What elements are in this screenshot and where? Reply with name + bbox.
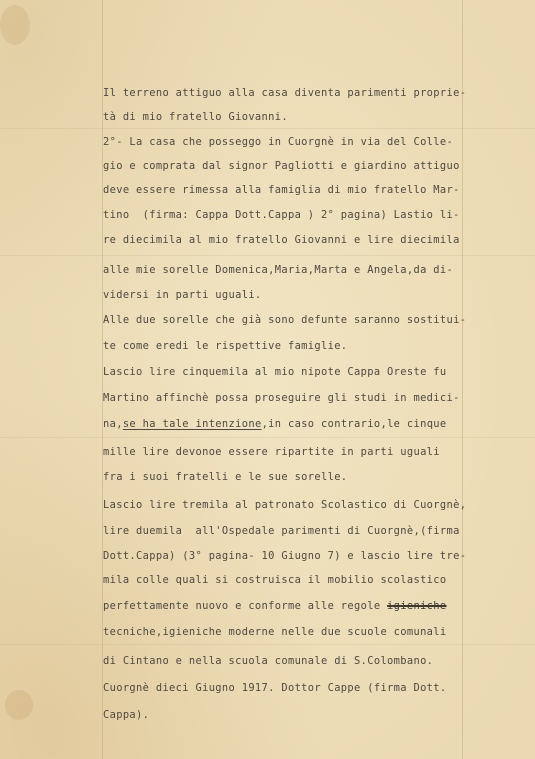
text-line: gio e comprata dal signor Pagliotti e gi…	[103, 159, 460, 173]
margin-rule-right	[462, 0, 463, 759]
text-line: Lascio lire tremila al patronato Scolast…	[103, 498, 466, 512]
text-line: alle mie sorelle Domenica,Maria,Marta e …	[103, 263, 453, 277]
text-line: Il terreno attiguo alla casa diventa par…	[103, 86, 466, 100]
ruled-line	[0, 644, 535, 645]
text-line: Martino affinchè possa proseguire gli st…	[103, 391, 460, 405]
text-line: tecniche,igieniche moderne nelle due scu…	[103, 625, 447, 639]
text-line: Alle due sorelle che già sono defunte sa…	[103, 313, 466, 327]
text-line: tà di mio fratello Giovanni.	[103, 110, 288, 124]
text-line: mille lire devonoe essere ripartite in p…	[103, 445, 440, 459]
document-page: Il terreno attiguo alla casa diventa par…	[0, 0, 535, 759]
text-line: mila colle quali si costruisca il mobili…	[103, 573, 447, 587]
underlined-phrase: se ha tale intenzione	[123, 418, 262, 430]
text-segment: li-	[433, 209, 459, 221]
text-line: re diecimila al mio fratello Giovanni e …	[103, 233, 460, 247]
text-segment: ,in caso contrario,le cinque	[262, 418, 447, 430]
text-line: te come eredi le rispettive famiglie.	[103, 339, 347, 353]
ruled-line	[0, 437, 535, 438]
text-line: perfettamente nuovo e conforme alle rego…	[103, 599, 447, 613]
text-segment: na,	[103, 418, 123, 430]
text-line: Dott.Cappa) (3° pagina- 10 Giugno 7) e l…	[103, 549, 466, 563]
text-line: vidersi in parti uguali.	[103, 288, 262, 302]
struck-word: igieniche	[387, 600, 446, 612]
text-line: di Cintano e nella scuola comunale di S.…	[103, 654, 433, 668]
text-line: na,se ha tale intenzione,in caso contrar…	[103, 417, 447, 431]
text-line: tino (firma: Cappa Dott.Cappa ) 2° pagin…	[103, 208, 460, 222]
ruled-line	[0, 255, 535, 256]
text-line: deve essere rimessa alla famiglia di mio…	[103, 183, 460, 197]
text-segment: perfettamente nuovo e conforme alle rego…	[103, 600, 387, 612]
text-line: Cappa).	[103, 708, 149, 722]
text-line: lire duemila all'Ospedale parimenti di C…	[103, 524, 460, 538]
text-line: 2°- La casa che posseggo in Cuorgnè in v…	[103, 135, 453, 149]
text-segment: tino (firma: Cappa Dott.Cappa ) 2° pagin…	[103, 209, 394, 221]
paper-stain	[0, 5, 30, 45]
ruled-line	[0, 128, 535, 129]
text-line: Cuorgnè dieci Giugno 1917. Dottor Cappe …	[103, 681, 447, 695]
paper-stain	[5, 690, 33, 720]
text-line: fra i suoi fratelli e le sue sorelle.	[103, 470, 347, 484]
text-line: Lascio lire cinquemila al mio nipote Cap…	[103, 365, 447, 379]
corrected-word: Lastio	[394, 209, 434, 221]
